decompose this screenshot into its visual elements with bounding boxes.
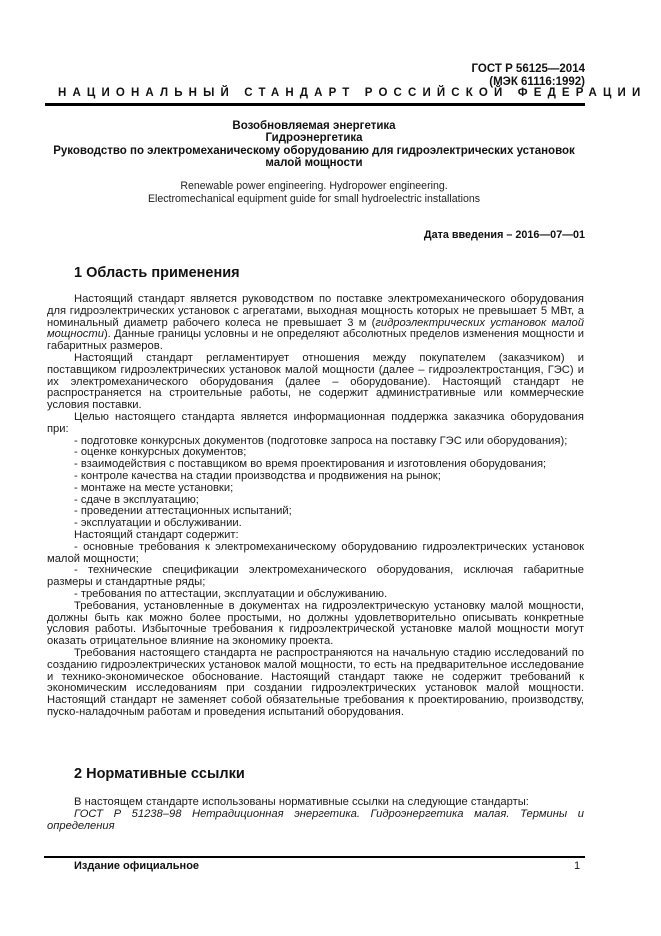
section-2-body: В настоящем стандарте использованы норма…	[47, 797, 584, 832]
english-title: Renewable power engineering. Hydropower …	[40, 180, 588, 205]
list-item: - контроле качества на стадии производст…	[47, 471, 584, 483]
list-item: - технические спецификации электромехани…	[47, 565, 584, 589]
edition-label: Издание официальное	[74, 860, 199, 872]
section-1-heading: 1 Область применения	[74, 265, 240, 281]
paragraph: Целью настоящего стандарта является инфо…	[47, 412, 584, 436]
title-line-3: Руководство по электромеханическому обор…	[40, 145, 588, 157]
document-code: ГОСТ Р 56125—2014 (МЭК 61116:1992)	[472, 63, 585, 88]
paragraph: Настоящий стандарт регламентирует отноше…	[47, 353, 584, 412]
list-item: - монтаже на месте установки;	[47, 483, 584, 495]
footer-rule	[44, 856, 585, 858]
title-line-1: Возобновляемая энергетика	[40, 120, 588, 132]
english-title-line-2: Electromechanical equipment guide for sm…	[40, 193, 588, 206]
introduction-date: Дата введения – 2016—07—01	[424, 229, 585, 241]
section-1-body: Настоящий стандарт является руководством…	[47, 294, 584, 719]
section-2-heading: 2 Нормативные ссылки	[74, 766, 245, 782]
document-title: Возобновляемая энергетика Гидроэнергетик…	[40, 120, 588, 170]
document-page: ГОСТ Р 56125—2014 (МЭК 61116:1992) НАЦИО…	[0, 0, 661, 936]
page-number: 1	[574, 860, 580, 872]
list-item: - основные требования к электромеханичес…	[47, 542, 584, 566]
paragraph-text: ). Данные границы условны и не определяю…	[47, 328, 584, 352]
national-standard-title: НАЦИОНАЛЬНЫЙ СТАНДАРТ РОССИЙСКОЙ ФЕДЕРАЦ…	[58, 87, 588, 99]
normative-reference: ГОСТ Р 51238–98 Нетрадиционная энергетик…	[47, 809, 584, 833]
paragraph: Требования, установленные в документах н…	[47, 601, 584, 648]
header-rule	[45, 103, 585, 106]
english-title-line-1: Renewable power engineering. Hydropower …	[40, 180, 588, 193]
title-line-2: Гидроэнергетика	[40, 132, 588, 144]
title-line-4: малой мощности	[40, 157, 588, 169]
paragraph: Настоящий стандарт содержит:	[47, 530, 584, 542]
paragraph: Настоящий стандарт является руководством…	[47, 294, 584, 353]
gost-number: ГОСТ Р 56125—2014	[472, 63, 585, 76]
list-item: - требования по аттестации, эксплуатации…	[47, 589, 584, 601]
paragraph: Требования настоящего стандарта не распр…	[47, 648, 584, 719]
